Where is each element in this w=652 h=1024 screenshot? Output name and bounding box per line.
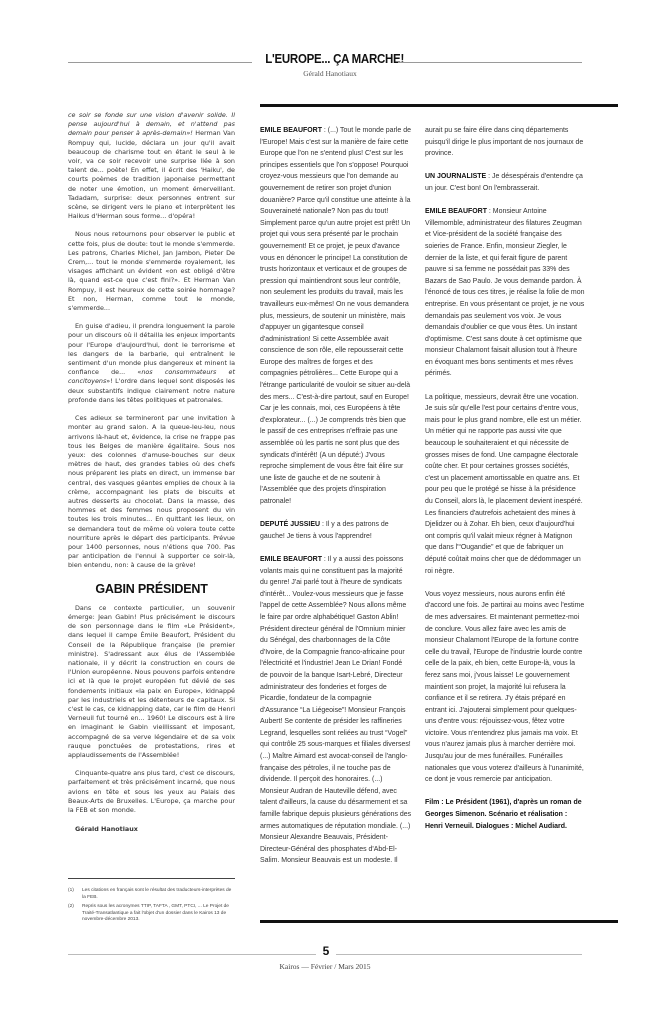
issue-info: Kairos — Février / Mars 2015 <box>218 962 432 971</box>
paragraph: ce soir se fonde sur une vision d'avenir… <box>68 111 235 221</box>
page-header: L'EUROPE... ÇA MARCHE! Gérald Hanotiaux <box>68 52 582 92</box>
quote-box-top-rule <box>260 104 618 107</box>
dialogue-block: UN JOURNALISTE : Je désespérais d'entend… <box>425 170 585 193</box>
film-credits: Film : Le Président (1961), d'après un r… <box>425 796 585 831</box>
paragraph: Nous nous retournons pour observer le pu… <box>68 230 235 313</box>
footnote-text: Les citations en français sont le résult… <box>82 888 235 901</box>
signature: Gérald Hanotiaux <box>68 825 235 834</box>
footnote-number: (1) <box>68 888 82 901</box>
dialogue-block: EMILE BEAUFORT : (...) Tout le monde par… <box>260 124 411 507</box>
speaker-name: EMILE BEAUFORT <box>260 125 322 134</box>
article-title: L'EUROPE... ÇA MARCHE! <box>265 52 386 66</box>
page-number: 5 <box>316 944 336 958</box>
speaker-name: EMILE BEAUFORT <box>260 554 322 563</box>
dialogue-block: EMILE BEAUFORT : Il y a aussi des poisso… <box>260 553 411 866</box>
speech-column-middle: EMILE BEAUFORT : (...) Tout le monde par… <box>260 124 411 878</box>
left-column: ce soir se fonde sur une vision d'avenir… <box>68 111 235 843</box>
speaker-name: UN JOURNALISTE <box>425 171 486 180</box>
footer-rule-right <box>336 954 582 955</box>
speaker-name: EMILE BEAUFORT <box>425 206 487 215</box>
footnote-number: (2) <box>68 904 82 924</box>
dialogue-block: EMILE BEAUFORT : Monsieur Antoine Villem… <box>425 205 585 379</box>
dialogue-text: : Monsieur Antoine Villemomble, administ… <box>425 206 584 377</box>
speech-column-right: aurait pu se faire élire dans cinq dépar… <box>425 124 585 843</box>
footnote: (1) Les citations en français sont le ré… <box>68 888 235 901</box>
footnote-text: Repris sous les acronymes TTIP, TAFTA , … <box>82 904 235 924</box>
footnotes: (1) Les citations en français sont le ré… <box>68 888 235 927</box>
paragraph-text: Herman Van Rompuy qui, lucide, déclara u… <box>68 129 235 220</box>
quote-box-bottom-rule <box>260 920 618 923</box>
speaker-name: DEPUTÉ JUSSIEU <box>260 519 320 528</box>
dialogue-paragraph: La politique, messieurs, devrait être un… <box>425 391 585 577</box>
paragraph: Dans ce contexte particulier, un souveni… <box>68 604 235 760</box>
article-author: Gérald Hanotiaux <box>260 69 400 78</box>
footnote-divider <box>68 878 235 879</box>
dialogue-text: : Il y a aussi des poissons volants mais… <box>260 554 411 864</box>
dialogue-paragraph: Vous voyez messieurs, nous aurons enfin … <box>425 588 585 785</box>
paragraph: En guise d'adieu, il prendra longuement … <box>68 322 235 405</box>
dialogue-block: DEPUTÉ JUSSIEU : Il y a des patrons de g… <box>260 518 411 541</box>
footnote: (2) Repris sous les acronymes TTIP, TAFT… <box>68 904 235 924</box>
paragraph: Ces adieux se termineront par une invita… <box>68 414 235 570</box>
footer-rule-left <box>68 954 316 955</box>
section-heading: GABIN PRÉSIDENT <box>68 585 235 594</box>
page-footer: 5 Kairos — Février / Mars 2015 <box>68 944 582 984</box>
dialogue-continuation: aurait pu se faire élire dans cinq dépar… <box>425 124 585 159</box>
dialogue-text: : (...) Tout le monde parle de l'Europe!… <box>260 125 411 505</box>
paragraph: Cinquante-quatre ans plus tard, c'est ce… <box>68 769 235 815</box>
header-rule-right <box>398 62 582 63</box>
header-rule-left <box>68 62 252 63</box>
